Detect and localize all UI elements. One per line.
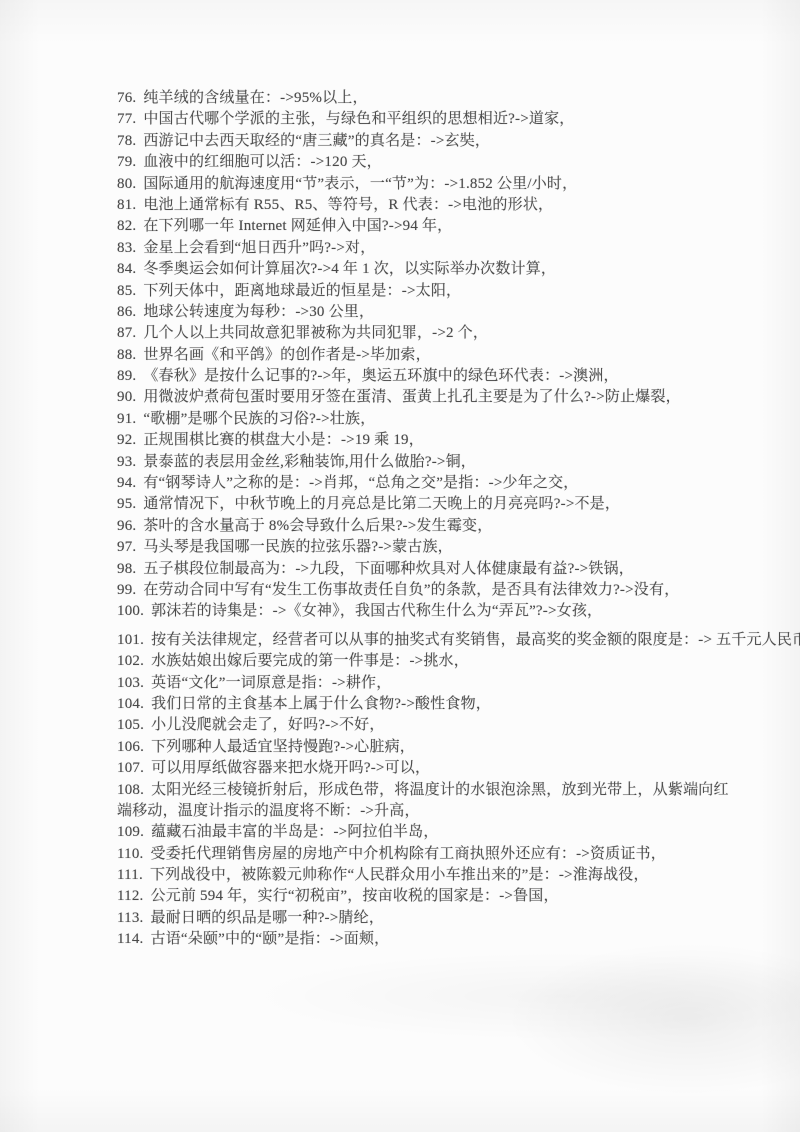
question-answer-text: 冬季奥运会如何计算届次?->4 年 1 次，以实际举办次数计算，	[143, 261, 556, 277]
question-number: 105.	[117, 715, 144, 736]
question-answer-text: 地球公转速度为每秒：->30 公里，	[143, 304, 374, 320]
question-number: 84.	[117, 259, 136, 280]
question-answer-text: 可以用厚纸做容器来把水烧开吗?->可以，	[151, 760, 430, 776]
question-number: 114.	[117, 929, 144, 950]
question-number: 90.	[117, 387, 136, 408]
question-answer-text: 世界名画《和平鸽》的创作者是->毕加索，	[143, 347, 430, 363]
question-number: 100.	[117, 601, 144, 622]
question-answer-text: 金星上会看到“旭日西升”吗?->对，	[143, 240, 375, 256]
question-number: 83.	[117, 238, 136, 259]
qa-line: 86.地球公转速度为每秒：->30 公里，	[117, 302, 757, 323]
qa-line: 106.下列哪种人最适宜坚持慢跑?->心脏病，	[117, 737, 757, 758]
question-number: 96.	[117, 516, 136, 537]
question-number: 86.	[117, 302, 136, 323]
qa-line: 82.在下列哪一年 Internet 网延伸入中国?->94 年，	[117, 216, 757, 237]
question-answer-text: 通常情况下，中秋节晚上的月亮总是比第二天晚上的月亮亮吗?->不是，	[143, 496, 620, 512]
question-answer-text: 受委托代理销售房屋的房地产中介机构除有工商执照外还应有：->资质证书，	[151, 846, 666, 862]
qa-line: 85.下列天体中，距离地球最近的恒星是：->太阳，	[117, 281, 757, 302]
question-number: 95.	[117, 494, 136, 515]
qa-line: 103.英语“文化”一词原意是指：->耕作，	[117, 673, 757, 694]
question-answer-text: 血液中的红细胞可以活：->120 天，	[143, 154, 382, 170]
qa-line: 端移动，温度计指示的温度将不断：->升高，	[117, 801, 757, 822]
question-answer-text: 小儿没爬就会走了，好吗?->不好，	[151, 717, 385, 733]
qa-line: 105.小儿没爬就会走了，好吗?->不好，	[117, 715, 757, 736]
question-number: 107.	[117, 758, 144, 779]
qa-line: 94.有“钢琴诗人”之称的是：->肖邦，“总角之交”是指：->少年之交，	[117, 473, 757, 494]
question-number: 94.	[117, 473, 136, 494]
question-number: 99.	[117, 580, 136, 601]
qa-line: 88.世界名画《和平鸽》的创作者是->毕加索，	[117, 345, 757, 366]
question-number: 98.	[117, 559, 136, 580]
question-answer-text: 蕴藏石油最丰富的半岛是：->阿拉伯半岛，	[151, 824, 438, 840]
question-number: 104.	[117, 694, 144, 715]
question-answer-text: 我们日常的主食基本上属于什么食物?->酸性食物，	[151, 696, 491, 712]
qa-line: 78.西游记中去西天取经的“唐三藏”的真名是：->玄奘，	[117, 131, 757, 152]
question-answer-text: 纯羊绒的含绒量在：->95%以上，	[143, 90, 367, 106]
question-answer-text: 几个人以上共同故意犯罪被称为共同犯罪，->2 个，	[143, 325, 488, 341]
qa-line: 77.中国古代哪个学派的主张，与绿色和平组织的思想相近?->道家，	[117, 109, 757, 130]
qa-line: 80.国际通用的航海速度用“节”表示，一“节”为：->1.852 公里/小时，	[117, 174, 757, 195]
question-answer-text: 英语“文化”一词原意是指：->耕作，	[151, 675, 391, 691]
qa-line: 96.茶叶的含水量高于 8%会导致什么后果?->发生霉变，	[117, 516, 757, 537]
question-answer-text: 茶叶的含水量高于 8%会导致什么后果?->发生霉变，	[143, 518, 492, 534]
question-answer-text: 太阳光经三棱镜折射后，形成色带，将温度计的水银泡涂黑，放到光带上，从紫端向红	[151, 782, 729, 798]
qa-line: 87.几个人以上共同故意犯罪被称为共同犯罪，->2 个，	[117, 323, 757, 344]
question-answer-text: “歌棚”是哪个民族的习俗?->壮族，	[143, 411, 375, 427]
question-answer-text: 在劳动合同中写有“发生工伤事故责任自负”的条款，是否具有法律效力?->没有，	[143, 582, 679, 598]
question-answer-text: 国际通用的航海速度用“节”表示，一“节”为：->1.852 公里/小时，	[143, 176, 577, 192]
qa-line: 102.水族姑娘出嫁后要完成的第一件事是：->挑水，	[117, 651, 757, 672]
question-answer-text: 下列天体中，距离地球最近的恒星是：->太阳，	[143, 283, 461, 299]
qa-line: 79.血液中的红细胞可以活：->120 天，	[117, 152, 757, 173]
qa-line: 90.用微波炉煮荷包蛋时要用牙签在蛋清、蛋黄上扎孔主要是为了什么?->防止爆裂，	[117, 387, 757, 408]
question-number: 76.	[117, 88, 136, 109]
qa-line: 92.正规围棋比赛的棋盘大小是：->19 乘 19，	[117, 430, 757, 451]
question-number: 88.	[117, 345, 136, 366]
question-answer-text: 古语“朵颐”中的“颐”是指：->面颊，	[151, 931, 390, 947]
question-answer-text: 按有关法律规定，经营者可以从事的抽奖式有奖销售，最高奖的奖金额的限度是：-> 五…	[151, 632, 800, 648]
qa-line: 91.“歌棚”是哪个民族的习俗?->壮族，	[117, 409, 757, 430]
question-number: 102.	[117, 651, 144, 672]
question-answer-text: 下列哪种人最适宜坚持慢跑?->心脏病，	[151, 739, 415, 755]
question-number: 81.	[117, 195, 136, 216]
qa-line: 93.景泰蓝的表层用金丝,彩釉装饰,用什么做胎?->铜，	[117, 452, 757, 473]
question-number: 101.	[117, 630, 144, 651]
qa-line: 95.通常情况下，中秋节晚上的月亮总是比第二天晚上的月亮亮吗?->不是，	[117, 494, 757, 515]
qa-line: 89.《春秋》是按什么记事的?->年，奥运五环旗中的绿色环代表：->澳洲，	[117, 366, 757, 387]
qa-line: 104.我们日常的主食基本上属于什么食物?->酸性食物，	[117, 694, 757, 715]
question-answer-text: 中国古代哪个学派的主张，与绿色和平组织的思想相近?->道家，	[143, 111, 574, 127]
question-number: 77.	[117, 109, 136, 130]
qa-line: 83.金星上会看到“旭日西升”吗?->对，	[117, 238, 757, 259]
question-answer-text: 西游记中去西天取经的“唐三藏”的真名是：->玄奘，	[143, 133, 490, 149]
question-number: 103.	[117, 673, 144, 694]
question-answer-list: 76.纯羊绒的含绒量在：->95%以上， 77.中国古代哪个学派的主张，与绿色和…	[117, 88, 757, 951]
question-number: 91.	[117, 409, 136, 430]
scanned-page: 76.纯羊绒的含绒量在：->95%以上， 77.中国古代哪个学派的主张，与绿色和…	[0, 0, 800, 1132]
question-answer-text: 最耐日晒的织品是哪一种?->腈纶，	[151, 910, 385, 926]
qa-line: 113.最耐日晒的织品是哪一种?->腈纶，	[117, 908, 757, 929]
qa-line: 100.郭沫若的诗集是：->《女神》，我国古代称生什么为“弄瓦”?->女孩，	[117, 601, 757, 622]
question-answer-text: 五子棋段位制最高为：->九段，下面哪种炊具对人体健康最有益?->铁锅，	[143, 561, 634, 577]
qa-line: 108.太阳光经三棱镜折射后，形成色带，将温度计的水银泡涂黑，放到光带上，从紫端…	[117, 780, 757, 801]
question-number: 79.	[117, 152, 136, 173]
qa-line: 112.公元前 594 年，实行“初税亩”，按亩收税的国家是：->鲁国，	[117, 886, 757, 907]
question-number: 113.	[117, 908, 144, 929]
question-number: 108.	[117, 780, 144, 801]
qa-line: 99.在劳动合同中写有“发生工伤事故责任自负”的条款，是否具有法律效力?->没有…	[117, 580, 757, 601]
question-answer-text: 公元前 594 年，实行“初税亩”，按亩收税的国家是：->鲁国，	[151, 888, 559, 904]
qa-line: 101.按有关法律规定，经营者可以从事的抽奖式有奖销售，最高奖的奖金额的限度是：…	[117, 630, 757, 651]
qa-line: 97.马头琴是我国哪一民族的拉弦乐器?->蒙古族，	[117, 537, 757, 558]
question-number: 97.	[117, 537, 136, 558]
question-answer-text: 郭沫若的诗集是：->《女神》，我国古代称生什么为“弄瓦”?->女孩，	[151, 603, 602, 619]
question-answer-text: 有“钢琴诗人”之称的是：->肖邦，“总角之交”是指：->少年之交，	[143, 475, 578, 491]
question-answer-text: 在下列哪一年 Internet 网延伸入中国?->94 年，	[143, 218, 452, 234]
qa-line: 84.冬季奥运会如何计算届次?->4 年 1 次，以实际举办次数计算，	[117, 259, 757, 280]
question-number: 93.	[117, 452, 136, 473]
question-number: 106.	[117, 737, 144, 758]
question-number: 89.	[117, 366, 136, 387]
question-answer-text: 下列战役中，被陈毅元帅称作“人民群众用小车推出来的”是：->淮海战役，	[150, 867, 649, 883]
question-number: 78.	[117, 131, 136, 152]
question-answer-text: 景泰蓝的表层用金丝,彩釉装饰,用什么做胎?->铜，	[143, 454, 476, 470]
question-answer-text: 端移动，温度计指示的温度将不断：->升高，	[117, 803, 420, 819]
question-number: 110.	[117, 844, 144, 865]
question-number: 109.	[117, 822, 144, 843]
question-answer-text: 电池上通常标有 R55、R5、等符号，R 代表：->电池的形状，	[143, 197, 553, 213]
qa-line: 110.受委托代理销售房屋的房地产中介机构除有工商执照外还应有：->资质证书，	[117, 844, 757, 865]
qa-line: 107.可以用厚纸做容器来把水烧开吗?->可以，	[117, 758, 757, 779]
question-number: 85.	[117, 281, 136, 302]
question-number: 111.	[117, 865, 143, 886]
qa-line: 109.蕴藏石油最丰富的半岛是：->阿拉伯半岛，	[117, 822, 757, 843]
question-number: 82.	[117, 216, 136, 237]
question-answer-text: 马头琴是我国哪一民族的拉弦乐器?->蒙古族，	[143, 539, 453, 555]
qa-line: 76.纯羊绒的含绒量在：->95%以上，	[117, 88, 757, 109]
qa-line: 111.下列战役中，被陈毅元帅称作“人民群众用小车推出来的”是：->淮海战役，	[117, 865, 757, 886]
question-answer-text: 用微波炉煮荷包蛋时要用牙签在蛋清、蛋黄上扎孔主要是为了什么?->防止爆裂，	[143, 389, 681, 405]
qa-line: 114.古语“朵颐”中的“颐”是指：->面颊，	[117, 929, 757, 950]
question-number: 80.	[117, 174, 136, 195]
qa-line: 81.电池上通常标有 R55、R5、等符号，R 代表：->电池的形状，	[117, 195, 757, 216]
question-answer-text: 正规围棋比赛的棋盘大小是：->19 乘 19，	[143, 432, 424, 448]
qa-line: 98.五子棋段位制最高为：->九段，下面哪种炊具对人体健康最有益?->铁锅，	[117, 559, 757, 580]
question-number: 87.	[117, 323, 136, 344]
question-number: 112.	[117, 886, 144, 907]
question-answer-text: 《春秋》是按什么记事的?->年，奥运五环旗中的绿色环代表：->澳洲，	[143, 368, 618, 384]
question-number: 92.	[117, 430, 136, 451]
question-answer-text: 水族姑娘出嫁后要完成的第一件事是：->挑水，	[151, 653, 469, 669]
